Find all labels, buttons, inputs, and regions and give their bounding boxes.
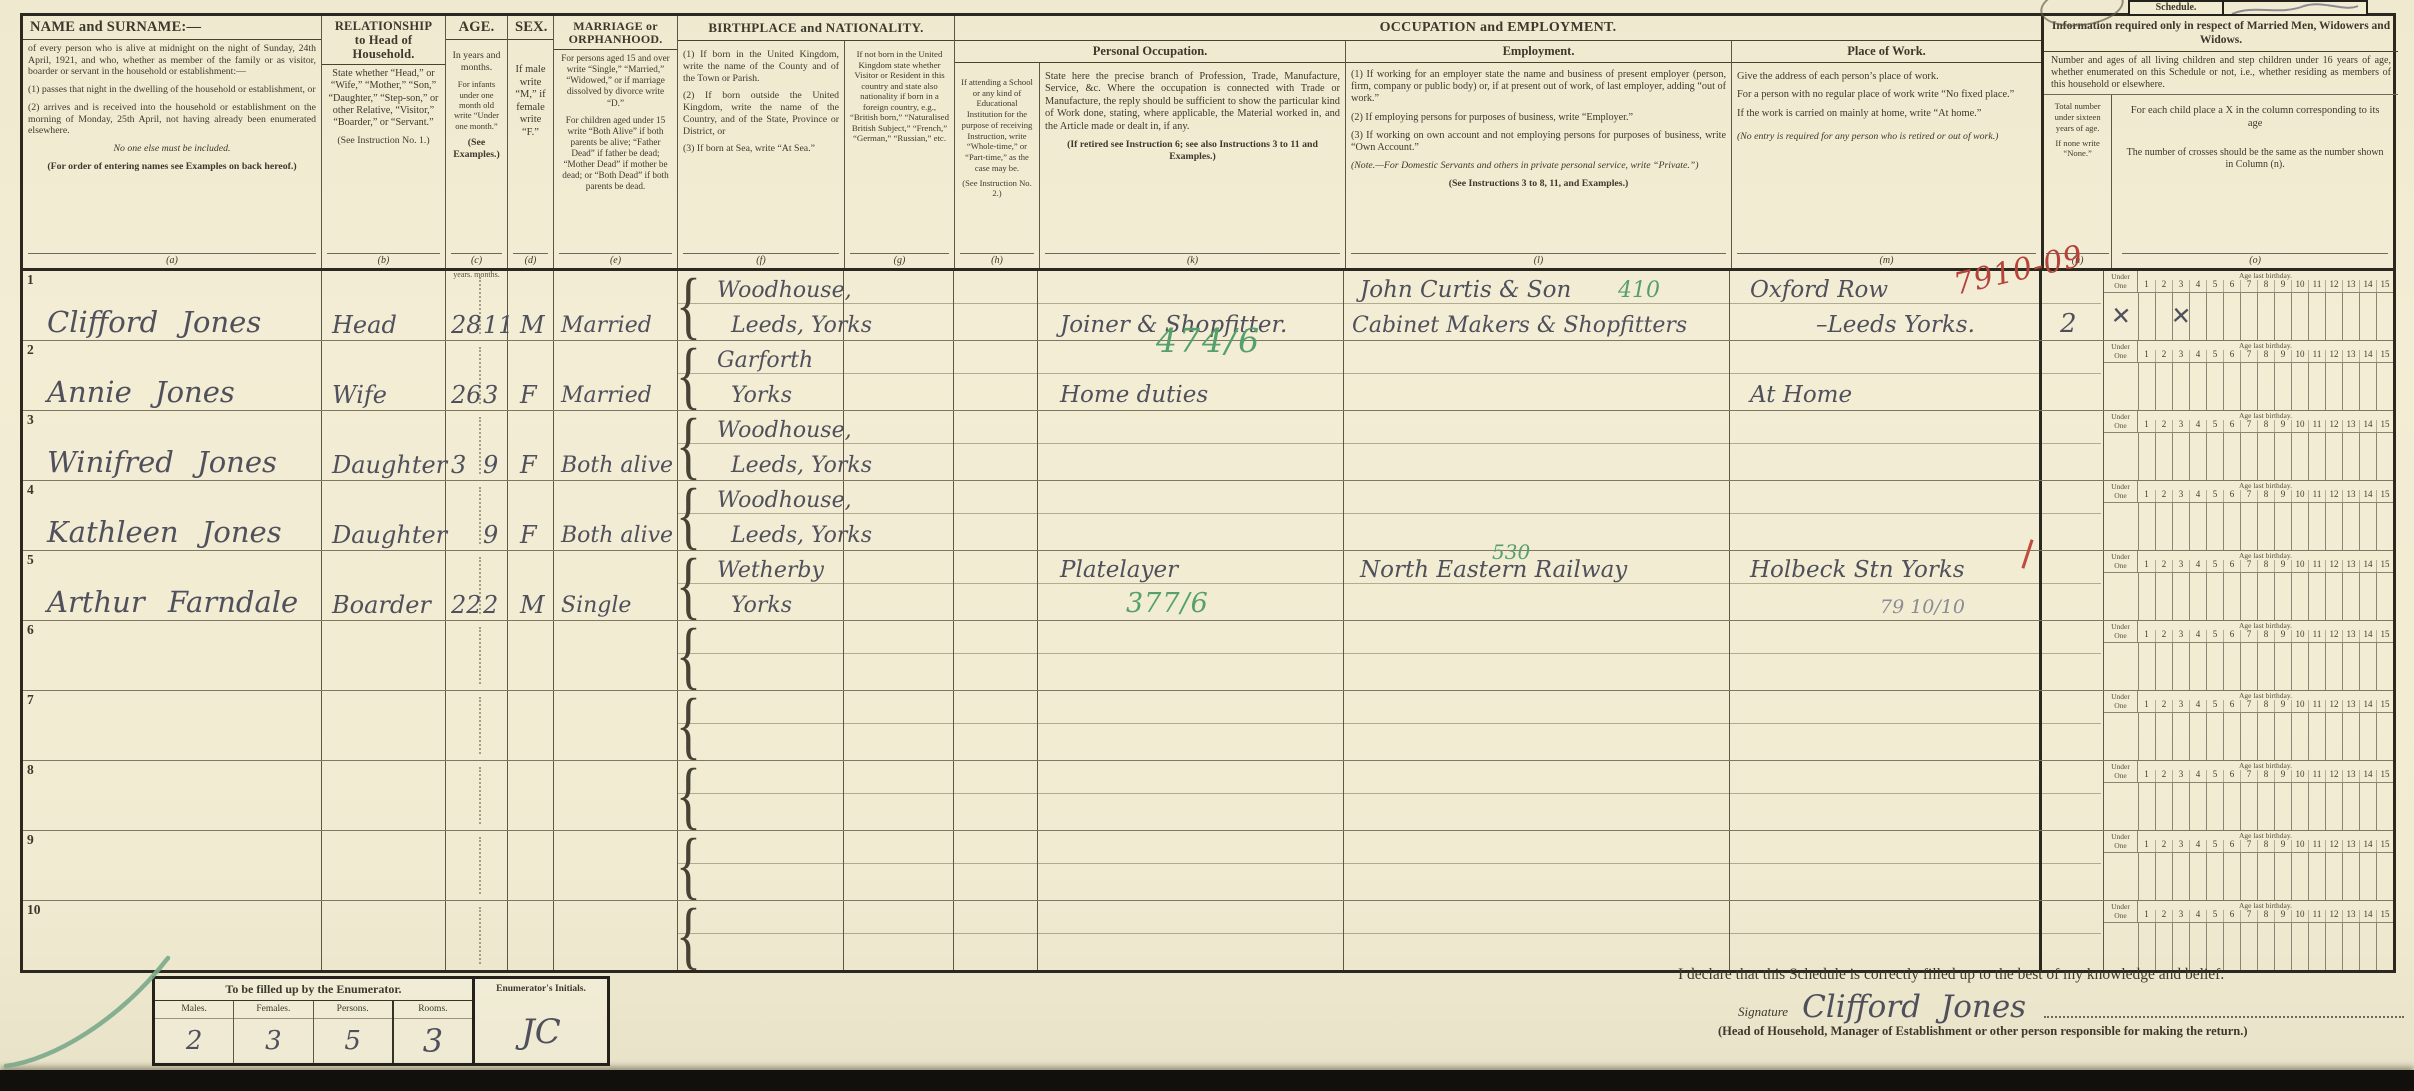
cell-sex [507,761,553,830]
cell-education [953,901,1037,970]
declaration-note: (Head of Household, Manager of Establish… [1678,1024,2404,1039]
age-marks-row: ✕✕ [2104,293,2393,340]
age-mark-cell [2223,783,2240,830]
age-marks-row [2104,923,2393,970]
age-mark-cell [2138,363,2155,410]
age-number-labels: 123456789101112131415 [2138,490,2393,503]
name-col-title: NAME and SURNAME:— [28,16,316,39]
cell-education [953,271,1037,340]
col-letter-g: (g) [850,253,949,268]
place-col-p2: For a person with no regular place of wo… [1737,89,2036,101]
age-mark-cell [2359,713,2376,760]
age-mark-cell [2308,643,2325,690]
age-mark-cell [2206,853,2223,900]
age-mark-cell [2376,433,2393,480]
age-mark-cell [2240,853,2257,900]
cell-name: 8 [23,761,321,830]
age-number-labels: 123456789101112131415 [2138,700,2393,713]
cell-brace: { [677,551,703,620]
age-mark-cell [2172,433,2189,480]
divider [322,64,445,65]
enumerator-initials-box: Enumerator's Initials. JC [472,979,607,1063]
cell-marriage [553,901,677,970]
age-mark-cell [2376,293,2393,340]
enumerator-box-title: To be filled up by the Enumerator. [155,979,472,1001]
age-mark-cell [2274,363,2291,410]
cell-marriage: Both alive [553,411,677,480]
schedule-number-box: Schedule. [2128,0,2368,16]
cell-name: 9 [23,831,321,900]
occupation-code: 377/6 [1126,590,1209,617]
married-info-description: Number and ages of all living children a… [2044,52,2398,96]
cell-place-of-work: At Home [1729,341,2039,410]
age-mark-cell [2189,503,2206,550]
cell-place-of-work [1729,481,2039,550]
birthplace-group-title: BIRTHPLACE and NATIONALITY. [678,16,954,41]
cell-nationality [843,831,953,900]
relationship-entry: Daughter [332,523,447,547]
age-mark-cell [2172,573,2189,620]
persons-label: Persons. [314,1001,392,1019]
cell-place-of-work [1729,901,2039,970]
age-mark-cell [2376,713,2393,760]
marriage-entry: Single [561,595,631,617]
cell-occupation [1037,411,1343,480]
age-mark-cell [2240,503,2257,550]
age-mark-cell [2376,573,2393,620]
birthplace-line2: Leeds, Yorks [731,525,872,547]
age-mark-cell [2274,573,2291,620]
place-entry-line2: –Leeds Yorks. [1816,314,1975,337]
signature-handwriting: Clifford Jones [1796,994,2044,1022]
cell-birthplace: Woodhouse,Leeds, Yorks [703,411,843,480]
age-mark-cell [2155,573,2172,620]
age-mark-cell [2155,293,2172,340]
age-mark-cell [2325,503,2342,550]
age-mark-cell [2206,433,2223,480]
enumerator-box: To be filled up by the Enumerator. Males… [152,976,610,1066]
row-number: 4 [27,482,34,498]
schedule-row-7: 7 { UnderOneAge last birthday.1234567891… [23,691,2393,761]
age-mark-cell [2308,433,2325,480]
age-mark-cell [2189,923,2206,970]
cell-age-grid: UnderOneAge last birthday.12345678910111… [2103,621,2393,690]
age-mark-cell [2308,853,2325,900]
cell-marriage: Married [553,271,677,340]
col-group-personal-occupation: Personal Occupation. If attending a Scho… [955,41,1345,268]
cell-employment: North Eastern Railway530 [1343,551,1729,620]
census-schedule-page: Schedule. NAME and SURNAME:— of every pe… [0,0,2414,1091]
age-mark-cell [2325,713,2342,760]
age-mark-cell [2274,923,2291,970]
age-mark-cell [2172,713,2189,760]
cell-birthplace [703,831,843,900]
age-mark-cell [2104,503,2138,550]
relationship-entry: Wife [332,383,387,407]
scan-edge-band [0,1070,2414,1091]
age-mark-cell: ✕ [2172,293,2189,340]
cell-age-grid: UnderOneAge last birthday.12345678910111… [2103,551,2393,620]
sex-entry: M [520,313,545,337]
enumerator-col-rooms: Rooms. 3 [392,1001,472,1063]
age-mark-cell [2189,363,2206,410]
employment-col-p2: (2) If employing persons for purposes of… [1351,112,1726,124]
age-mark-cell [2155,783,2172,830]
col-letter-b: (b) [327,253,440,268]
age-grid-header: UnderOneAge last birthday.12345678910111… [2104,551,2393,573]
col-header-relationship: RELATIONSHIP to Head of Household. State… [321,16,445,268]
col-header-age: AGE. In years and months. For infants un… [445,16,507,268]
children-age-grid: UnderOneAge last birthday.12345678910111… [2104,901,2393,970]
children-age-grid: UnderOneAge last birthday.12345678910111… [2104,481,2393,550]
cell-total-children [2039,411,2103,480]
col-header-children-ages: For each child place a X in the column c… [2111,95,2398,268]
age-mark-cell [2342,923,2359,970]
age-mark-cell [2206,923,2223,970]
schedule-row-5: 5Arthur Farndale Boarder 222 M Single { … [23,551,2393,621]
cell-age: years. months.2811 [445,271,507,340]
cell-marriage [553,761,677,830]
age-mark-cell [2138,853,2155,900]
name-col-item2: (2) arrives and is received into the hou… [28,102,316,137]
age-mark-cell [2223,293,2240,340]
age-number-labels: 123456789101112131415 [2138,350,2393,363]
occupation-entry: Platelayer [1060,559,1178,582]
age-mark-cell [2257,433,2274,480]
marriage-entry: Both alive [561,525,673,547]
employment-code: 530 [1492,542,1530,562]
col-group-married-info: Information required only in respect of … [2041,16,2398,268]
age-mark-cell [2104,713,2138,760]
enumerator-initials-label: Enumerator's Initials. [475,979,607,1000]
cell-occupation: Joiner & Shopfitter.474/6 [1037,271,1343,340]
nationality-col-instructions: If not born in the United Kingdom state … [850,49,949,144]
age-mark-cell [2206,293,2223,340]
cell-brace: { [677,271,703,340]
signature-dotted-line [2044,1015,2404,1018]
cell-total-children [2039,481,2103,550]
age-years-entry: 22 [451,593,482,617]
cell-sex: M [507,551,553,620]
name-entry: Arthur Farndale [47,588,298,617]
col-header-nationality: If not born in the United Kingdom state … [844,41,954,268]
age-mark-cell [2325,433,2342,480]
age-mark-cell [2138,713,2155,760]
schedule-row-6: 6 { UnderOneAge last birthday.1234567891… [23,621,2393,691]
col-letter-h: (h) [960,253,1034,268]
cell-sex: M [507,271,553,340]
age-mark-cell [2104,433,2138,480]
cell-birthplace [703,761,843,830]
under-one-label: UnderOne [2104,271,2138,292]
age-mark-cell [2189,643,2206,690]
cell-brace: { [677,831,703,900]
row-number: 8 [27,762,34,778]
age-mark-cell [2325,293,2342,340]
place-col-note: (No entry is required for any person who… [1737,131,2036,143]
age-marks-row [2104,573,2393,620]
cell-birthplace [703,621,843,690]
birthplace-line2: Leeds, Yorks [731,315,872,337]
age-mark-cell [2325,853,2342,900]
children-ages-p1: For each child place a X in the column c… [2122,105,2388,130]
age-mark-cell [2240,783,2257,830]
cell-occupation [1037,831,1343,900]
cell-sex: F [507,481,553,550]
age-mark-cell [2274,503,2291,550]
cell-birthplace [703,901,843,970]
age-mark-cell [2325,643,2342,690]
age-mark-cell [2257,643,2274,690]
employment-col-p3: (3) If working on own account and not em… [1351,130,1726,154]
cell-total-children [2039,551,2103,620]
cell-education [953,621,1037,690]
age-mark-cell [2342,503,2359,550]
age-mark-cell [2257,713,2274,760]
place-entry-line1: Holbeck Stn Yorks [1750,559,1965,582]
age-grid-header: UnderOneAge last birthday.12345678910111… [2104,411,2393,433]
cell-name: 4Kathleen Jones [23,481,321,550]
employment-col-title: Employment. [1346,41,1731,63]
cell-age-grid: UnderOneAge last birthday.12345678910111… [2103,411,2393,480]
occupation-col-instructions: State here the precise branch of Profess… [1045,71,1340,133]
cell-name: 6 [23,621,321,690]
education-col-instructions: If attending a School or any kind of Edu… [960,77,1034,174]
cell-age-grid: UnderOneAge last birthday.12345678910111… [2103,761,2393,830]
birthplace-line1: Woodhouse, [717,420,852,442]
enumerator-col-persons: Persons. 5 [313,1001,392,1063]
age-grid-header: UnderOneAge last birthday.12345678910111… [2104,761,2393,783]
divider [508,39,553,40]
cell-employment [1343,341,1729,410]
row-number: 9 [27,832,34,848]
children-age-grid: UnderOneAge last birthday.12345678910111… [2104,621,2393,690]
cell-age [445,831,507,900]
cell-total-children [2039,761,2103,830]
age-mark-cell [2155,853,2172,900]
cell-marriage [553,691,677,760]
age-mark-cell [2138,433,2155,480]
females-label: Females. [234,1001,312,1019]
rooms-value: 3 [394,1019,472,1063]
census-table: NAME and SURNAME:— of every person who i… [20,13,2396,973]
place-entry-line1: At Home [1750,384,1852,407]
cell-relationship [321,901,445,970]
cell-sex [507,831,553,900]
cell-age: 39 [445,411,507,480]
cell-occupation [1037,481,1343,550]
age-mark-cell [2257,293,2274,340]
sex-entry: M [520,593,545,617]
children-age-grid: UnderOneAge last birthday.12345678910111… [2104,831,2393,900]
cell-nationality [843,901,953,970]
age-mark-cell [2206,503,2223,550]
col-letter-o: (o) [2122,253,2388,268]
name-entry: Winifred Jones [47,448,277,477]
cell-education [953,761,1037,830]
age-mark-cell [2223,713,2240,760]
under-one-label: UnderOne [2104,551,2138,572]
row-number: 7 [27,692,34,708]
age-mark-cell [2274,713,2291,760]
age-marks-row [2104,503,2393,550]
under-one-label: UnderOne [2104,411,2138,432]
cell-nationality [843,691,953,760]
age-grid-header: UnderOneAge last birthday.12345678910111… [2104,271,2393,293]
cell-place-of-work: Oxford Row–Leeds Yorks.7910-09 [1729,271,2039,340]
age-mark-cell [2240,923,2257,970]
age-mark-cell [2138,923,2155,970]
place-col-p3: If the work is carried on mainly at home… [1737,108,2036,120]
age-mark-cell [2325,363,2342,410]
place-entry-line1: Oxford Row [1750,279,1888,302]
employer-entry-line2: Cabinet Makers & Shopfitters [1352,315,1687,337]
employment-col-p1: (1) If working for an employer state the… [1351,69,1726,106]
age-mark-cell [2155,713,2172,760]
children-age-grid: UnderOneAge last birthday.12345678910111… [2104,691,2393,760]
cell-occupation [1037,621,1343,690]
age-divider [479,767,481,825]
birthplace-line1: Wetherby [717,560,824,582]
age-mark-cell [2155,503,2172,550]
occupation-group-title: OCCUPATION and EMPLOYMENT. [955,16,2041,41]
cell-brace: { [677,691,703,760]
reference-number-pencil: 79 10/10 [1880,598,1965,617]
table-body: 1Clifford Jones Head years. months.2811 … [23,271,2393,970]
divider [23,39,321,40]
cell-marriage: Married [553,341,677,410]
age-mark-cell [2257,503,2274,550]
employment-code: 410 [1618,280,1660,302]
age-number-labels: 123456789101112131415 [2138,910,2393,923]
cell-age [445,691,507,760]
age-mark-cell [2376,923,2393,970]
row-number: 1 [27,272,34,288]
cell-relationship: Head [321,271,445,340]
cell-age-grid: UnderOneAge last birthday.12345678910111… [2103,691,2393,760]
under-one-label: UnderOne [2104,621,2138,642]
place-of-work-title: Place of Work. [1732,41,2041,63]
age-mark-cell [2291,433,2308,480]
marriage-col-p2: For children aged under 15 write “Both A… [559,115,672,192]
cell-employment [1343,831,1729,900]
cell-education [953,551,1037,620]
relationship-col-instructions: State whether “Head,” or “Wife,” “Mother… [327,68,440,129]
cell-relationship: Boarder [321,551,445,620]
age-mark-cell [2104,643,2138,690]
col-group-occupation-employment: OCCUPATION and EMPLOYMENT. Personal Occu… [954,16,2041,268]
age-mark-cell [2359,923,2376,970]
cell-nationality [843,761,953,830]
age-months-entry: 3 [483,383,498,407]
cell-occupation: Platelayer377/6 [1037,551,1343,620]
age-marks-row [2104,783,2393,830]
pencil-scribble [2224,2,2364,14]
age-mark-cell [2325,573,2342,620]
col-header-occupation: State here the precise branch of Profess… [1039,63,1345,268]
col-header-education: If attending a School or any kind of Edu… [955,63,1039,268]
marriage-entry: Married [561,385,652,407]
age-grid-header: UnderOneAge last birthday.12345678910111… [2104,691,2393,713]
cell-age-grid: UnderOneAge last birthday.12345678910111… [2103,481,2393,550]
age-mark-cell [2342,643,2359,690]
age-mark-cell [2240,643,2257,690]
age-mark-cell [2376,643,2393,690]
relationship-col-note: (See Instruction No. 1.) [327,135,440,147]
age-mark-cell [2189,573,2206,620]
col-letter-e: (e) [559,253,672,268]
cell-brace: { [677,481,703,550]
cell-employment [1343,691,1729,760]
age-mark-cell [2376,503,2393,550]
age-mark-cell [2206,783,2223,830]
row-number: 3 [27,412,34,428]
schedule-number-scribble [2224,2,2366,14]
age-grid-header: UnderOneAge last birthday.12345678910111… [2104,621,2393,643]
cell-occupation [1037,761,1343,830]
age-mark-cell [2308,293,2325,340]
age-mark-cell [2257,783,2274,830]
cell-sex: F [507,341,553,410]
age-mark-cell [2206,363,2223,410]
age-mark-cell [2223,573,2240,620]
col-header-birthplace: (1) If born in the United Kingdom, write… [678,41,844,268]
age-mark-cell [2291,573,2308,620]
age-marks-row [2104,643,2393,690]
age-mark-cell [2189,853,2206,900]
cell-relationship: Daughter [321,411,445,480]
age-marks-row [2104,713,2393,760]
col-letter-c: (c) [451,253,502,268]
age-mark-cell [2189,293,2206,340]
age-mark-cell [2308,363,2325,410]
age-mark-cell [2342,293,2359,340]
cell-birthplace: Woodhouse,Leeds, Yorks [703,481,843,550]
age-marks-row [2104,433,2393,480]
occupation-entry: Home duties [1060,384,1208,407]
age-col-p1: In years and months. [451,50,502,74]
females-value: 3 [234,1019,312,1063]
cell-age-grid: UnderOneAge last birthday.12345678910111… [2103,341,2393,410]
age-mark-cell [2104,923,2138,970]
age-mark-cell [2359,363,2376,410]
age-divider [479,417,481,475]
age-mark-cell [2172,503,2189,550]
age-cross-mark: ✕ [2110,301,2132,331]
education-col-note: (See Instruction No. 2.) [960,178,1034,199]
occupation-code: 474/6 [1156,324,1261,357]
age-mark-cell [2308,573,2325,620]
cell-relationship [321,831,445,900]
age-mark-cell [2274,643,2291,690]
age-mark-cell [2291,783,2308,830]
row-number: 2 [27,342,34,358]
age-grid-header: UnderOneAge last birthday.12345678910111… [2104,901,2393,923]
sex-col-instructions: If male write “M,” if female write “F.” [513,64,548,140]
cell-name: 3Winifred Jones [23,411,321,480]
age-mark-cell [2155,643,2172,690]
cell-brace: { [677,341,703,410]
cell-place-of-work [1729,761,2039,830]
signature-row: Signature Clifford Jones [1678,994,2404,1022]
name-col-note1: No one else must be included. [28,143,316,155]
cell-age [445,901,507,970]
schedule-row-4: 4Kathleen Jones Daughter 9 F Both alive … [23,481,2393,551]
age-mark-cell [2206,643,2223,690]
age-mark-cell [2291,503,2308,550]
cell-age: 9 [445,481,507,550]
cell-marriage: Single [553,551,677,620]
